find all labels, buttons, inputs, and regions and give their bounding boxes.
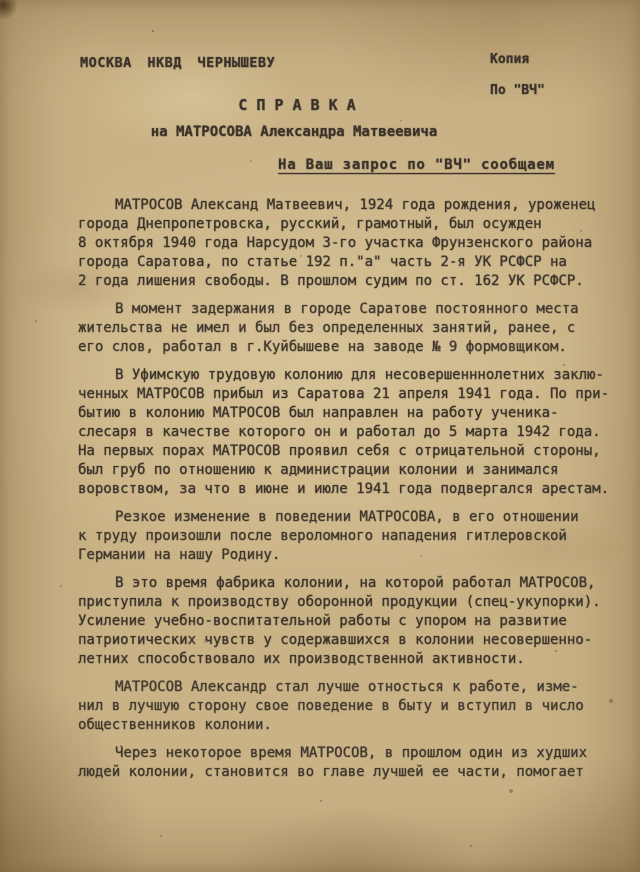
paragraph-behavior-change: Резкое изменение в поведении МАТРОСОВА, … (78, 508, 626, 565)
paragraph-biography: МАТРОСОВ Александ Матвеевич, 1924 года р… (78, 196, 626, 291)
header-recipient: МОСКВА НКВД ЧЕРНЫШЕВУ (80, 55, 275, 71)
paper-speckles (0, 0, 2, 2)
paragraph-factory-work: В это время фабрика колонии, на которой … (78, 574, 626, 669)
doc-subject: на МАТРОСОВА Александра Матвеевича (0, 124, 588, 140)
paragraph-detention: В момент задержания в городе Саратове по… (78, 300, 626, 357)
body-text: МАТРОСОВ Александ Матвеевич, 1924 года р… (78, 196, 626, 791)
paragraph-leadership: Через некоторое время МАТРОСОВ, в прошло… (78, 744, 626, 782)
copy-label: Копия (490, 44, 545, 75)
paragraph-improvement: МАТРОСОВ Александр стал лучше относться … (78, 678, 626, 735)
request-line: На Ваш запрос по "ВЧ" сообщаем (278, 157, 555, 173)
paragraph-colony-arrival: В Уфимскую трудовую колонию для несоверш… (78, 366, 626, 499)
doc-title: С П Р А В К А (0, 96, 594, 114)
document-scan: МОСКВА НКВД ЧЕРНЫШЕВУ Копия По "ВЧ" С П … (0, 0, 640, 872)
